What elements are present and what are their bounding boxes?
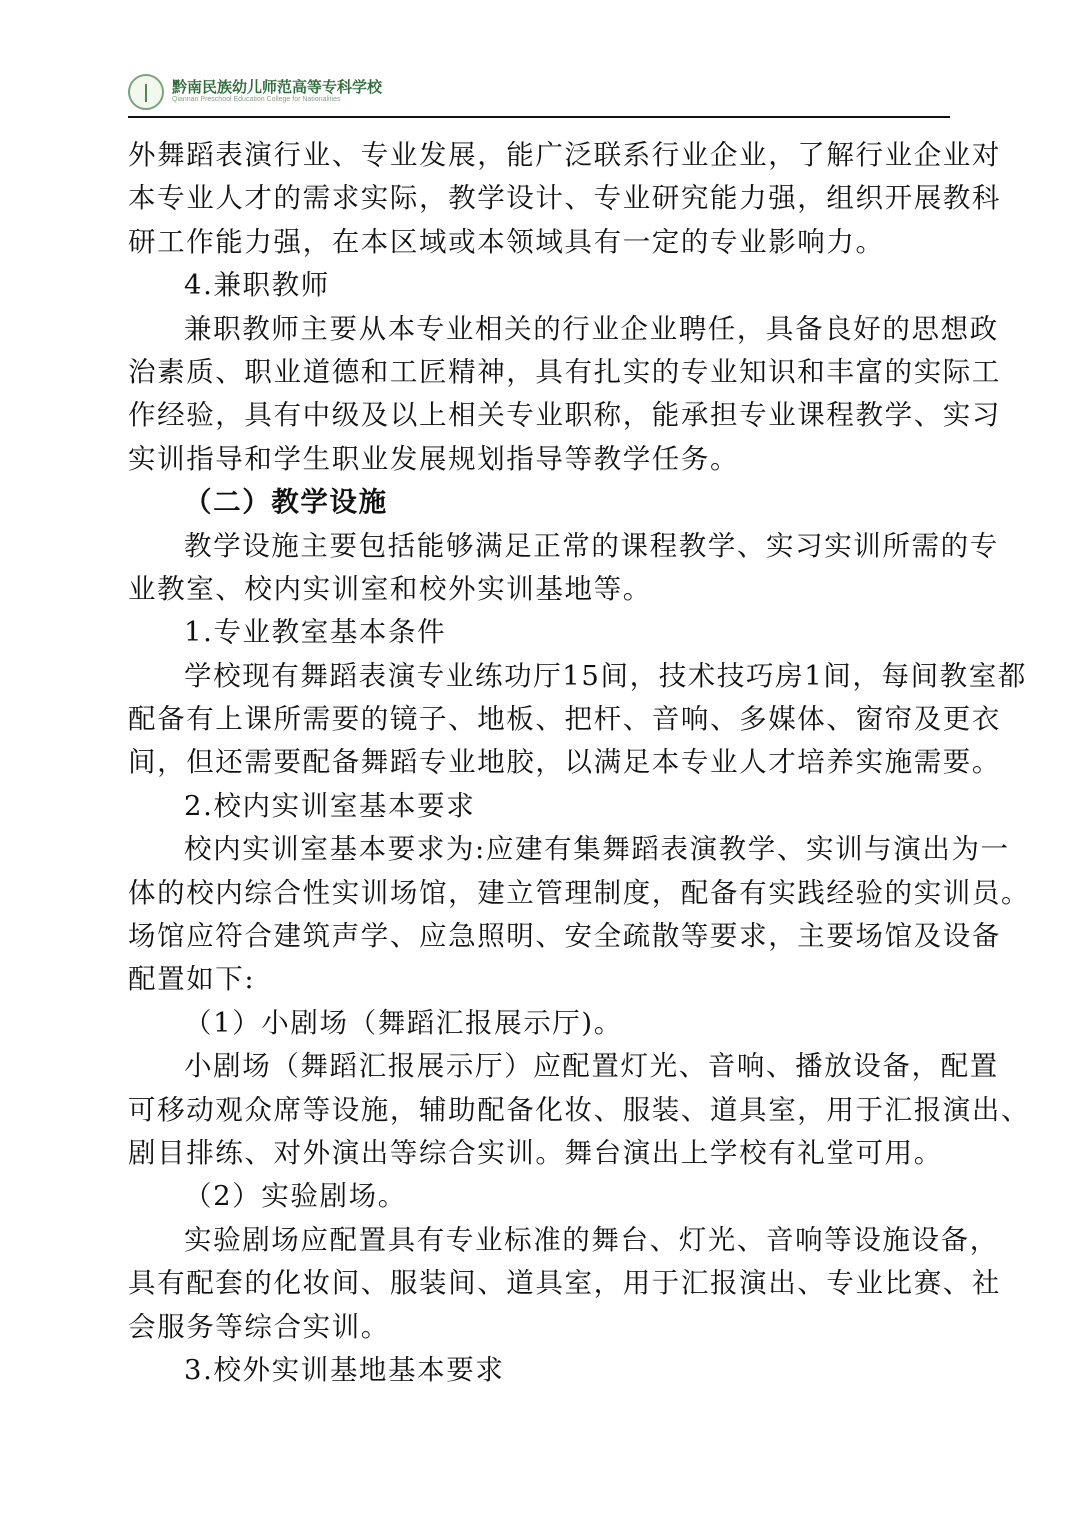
text-line: 教学设施主要包括能够满足正常的课程教学、实习实训所需的专 — [128, 525, 950, 568]
text-line: 兼职教师主要从本专业相关的行业企业聘任，具备良好的思想政 — [128, 308, 950, 351]
text-line: （1）小剧场（舞蹈汇报展示厅)。 — [128, 1002, 950, 1045]
school-emblem-icon — [128, 74, 164, 110]
text-line: 体的校内综合性实训场馆，建立管理制度，配备有实践经验的实训员。 — [128, 872, 950, 915]
text-line: 会服务等综合实训。 — [128, 1306, 950, 1349]
text-line: 外舞蹈表演行业、专业发展，能广泛联系行业企业，了解行业企业对 — [128, 134, 950, 177]
text-line: 作经验，具有中级及以上相关专业职称，能承担专业课程教学、实习 — [128, 394, 950, 437]
text-line: 具有配套的化妆间、服装间、道具室，用于汇报演出、专业比赛、社 — [128, 1262, 950, 1305]
text-line: （2）实验剧场。 — [128, 1175, 950, 1218]
text-line: 3.校外实训基地基本要求 — [128, 1349, 950, 1392]
text-line: 配置如下: — [128, 958, 950, 1001]
text-line: 学校现有舞蹈表演专业练功厅15间，技术技巧房1间，每间教室都 — [128, 655, 950, 698]
text-line: 1.专业教室基本条件 — [128, 611, 950, 654]
text-line: 本专业人才的需求实际，教学设计、专业研究能力强，组织开展教科 — [128, 177, 950, 220]
text-line: 实验剧场应配置具有专业标准的舞台、灯光、音响等设施设备， — [128, 1219, 950, 1262]
header-divider — [128, 116, 950, 118]
text-line: 小剧场（舞蹈汇报展示厅）应配置灯光、音响、播放设备，配置 — [128, 1045, 950, 1088]
text-line: 场馆应符合建筑声学、应急照明、安全疏散等要求，主要场馆及设备 — [128, 915, 950, 958]
text-line: 剧目排练、对外演出等综合实训。舞台演出上学校有礼堂可用。 — [128, 1132, 950, 1175]
text-line: 业教室、校内实训室和校外实训基地等。 — [128, 568, 950, 611]
text-line: 2.校内实训室基本要求 — [128, 785, 950, 828]
text-line: 研工作能力强，在本区域或本领域具有一定的专业影响力。 — [128, 221, 950, 264]
text-line: 实训指导和学生职业发展规划指导等教学任务。 — [128, 438, 950, 481]
text-line: 校内实训室基本要求为:应建有集舞蹈表演教学、实训与演出为一 — [128, 828, 950, 871]
school-name-en: Qiannan Preschool Education College for … — [172, 96, 341, 103]
school-name-cn: 黔南民族幼儿师范高等专科学校 — [172, 76, 382, 97]
text-line: 4.兼职教师 — [128, 264, 950, 307]
text-line: 配备有上课所需要的镜子、地板、把杆、音响、多媒体、窗帘及更衣 — [128, 698, 950, 741]
page-header: 黔南民族幼儿师范高等专科学校 Qiannan Preschool Educati… — [128, 72, 950, 114]
section-heading: （二）教学设施 — [128, 481, 950, 524]
text-line: 间，但还需要配备舞蹈专业地胶，以满足本专业人才培养实施需要。 — [128, 741, 950, 784]
document-body: 外舞蹈表演行业、专业发展，能广泛联系行业企业，了解行业企业对本专业人才的需求实际… — [128, 134, 950, 1392]
text-line: 治素质、职业道德和工匠精神，具有扎实的专业知识和丰富的实际工 — [128, 351, 950, 394]
text-line: 可移动观众席等设施，辅助配备化妆、服装、道具室，用于汇报演出、 — [128, 1089, 950, 1132]
